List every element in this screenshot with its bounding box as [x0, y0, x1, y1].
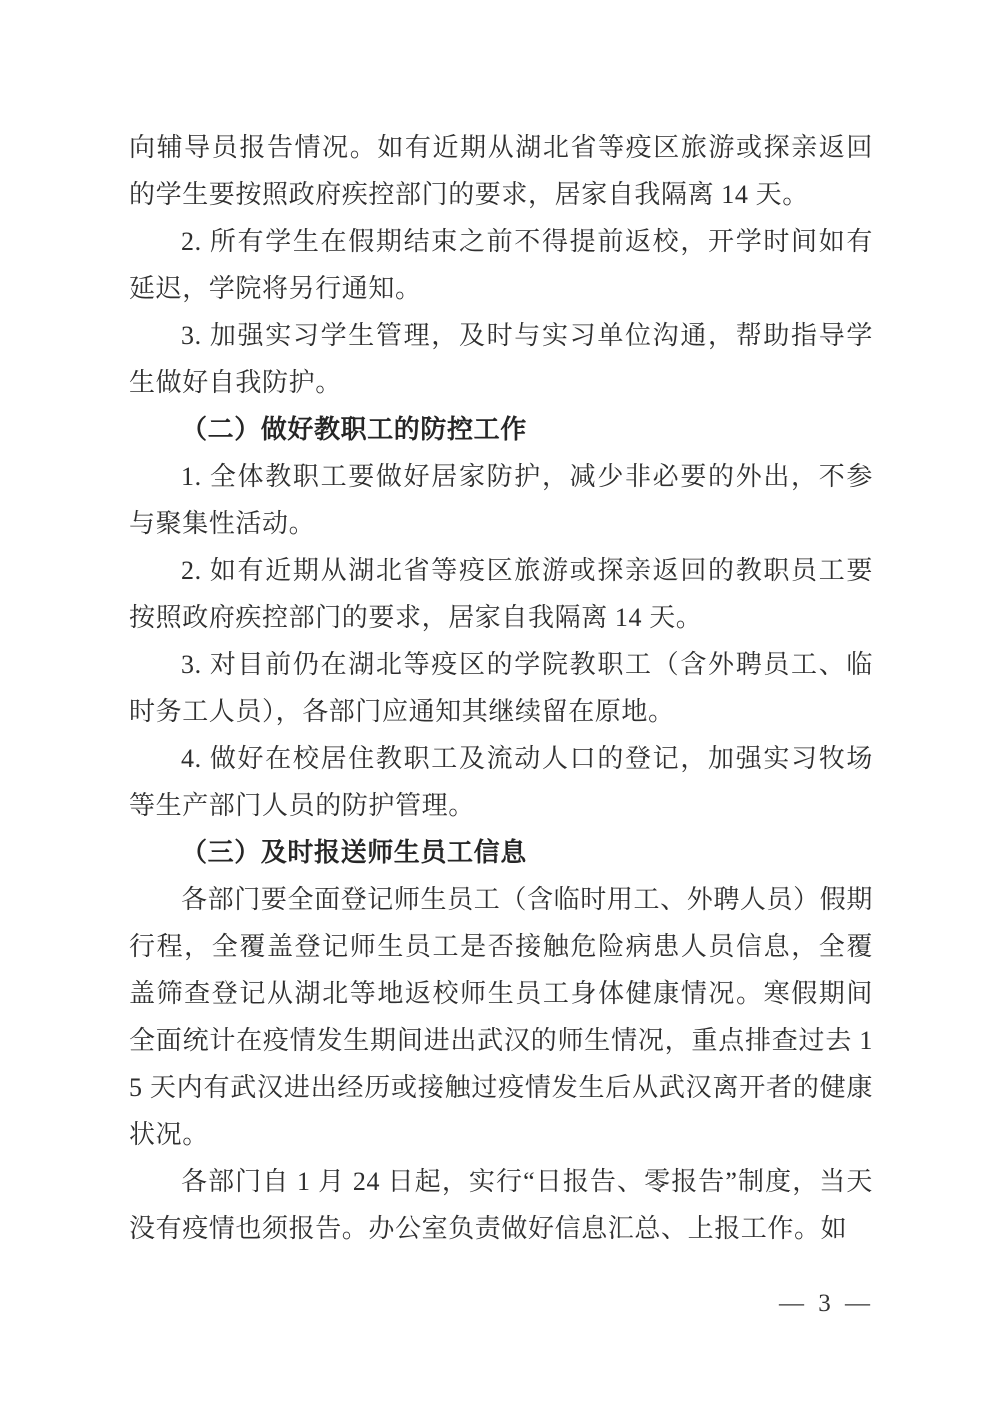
paragraph: 3. 对目前仍在湖北等疫区的学院教职工（含外聘员工、临时务工人员），各部门应通知… [129, 641, 873, 735]
section-heading: （三）及时报送师生员工信息 [129, 829, 873, 876]
paragraph: 向辅导员报告情况。如有近期从湖北省等疫区旅游或探亲返回的学生要按照政府疾控部门的… [129, 124, 873, 218]
paragraph: 各部门自 1 月 24 日起，实行“日报告、零报告”制度，当天没有疫情也须报告。… [129, 1158, 873, 1252]
document-page: 向辅导员报告情况。如有近期从湖北省等疫区旅游或探亲返回的学生要按照政府疾控部门的… [0, 0, 1000, 1415]
paragraph: 2. 如有近期从湖北省等疫区旅游或探亲返回的教职员工要按照政府疾控部门的要求，居… [129, 547, 873, 641]
section-heading: （二）做好教职工的防控工作 [129, 406, 873, 453]
paragraph: 1. 全体教职工要做好居家防护，减少非必要的外出，不参与聚集性活动。 [129, 453, 873, 547]
paragraph: 各部门要全面登记师生员工（含临时用工、外聘人员）假期行程，全覆盖登记师生员工是否… [129, 876, 873, 1158]
document-body: 向辅导员报告情况。如有近期从湖北省等疫区旅游或探亲返回的学生要按照政府疾控部门的… [129, 124, 873, 1252]
paragraph: 4. 做好在校居住教职工及流动人口的登记，加强实习牧场等生产部门人员的防护管理。 [129, 735, 873, 829]
paragraph: 3. 加强实习学生管理，及时与实习单位沟通，帮助指导学生做好自我防护。 [129, 312, 873, 406]
paragraph: 2. 所有学生在假期结束之前不得提前返校，开学时间如有延迟，学院将另行通知。 [129, 218, 873, 312]
page-number: — 3 — [779, 1290, 874, 1318]
